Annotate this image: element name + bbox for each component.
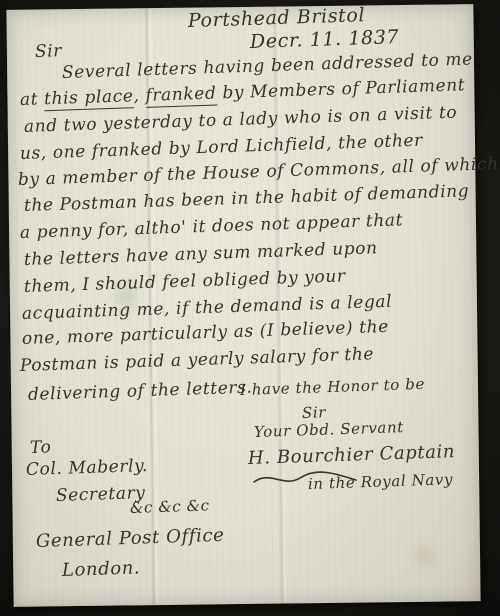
letter-paper — [6, 4, 480, 607]
paper-stain — [129, 226, 151, 242]
postmark-bleedthrough — [113, 270, 140, 322]
letter-photograph: Portshead Bristol Decr. 11. 1837 Sir Sev… — [0, 0, 500, 616]
paper-stain — [408, 545, 442, 567]
postmark-bleedthrough — [105, 215, 119, 237]
